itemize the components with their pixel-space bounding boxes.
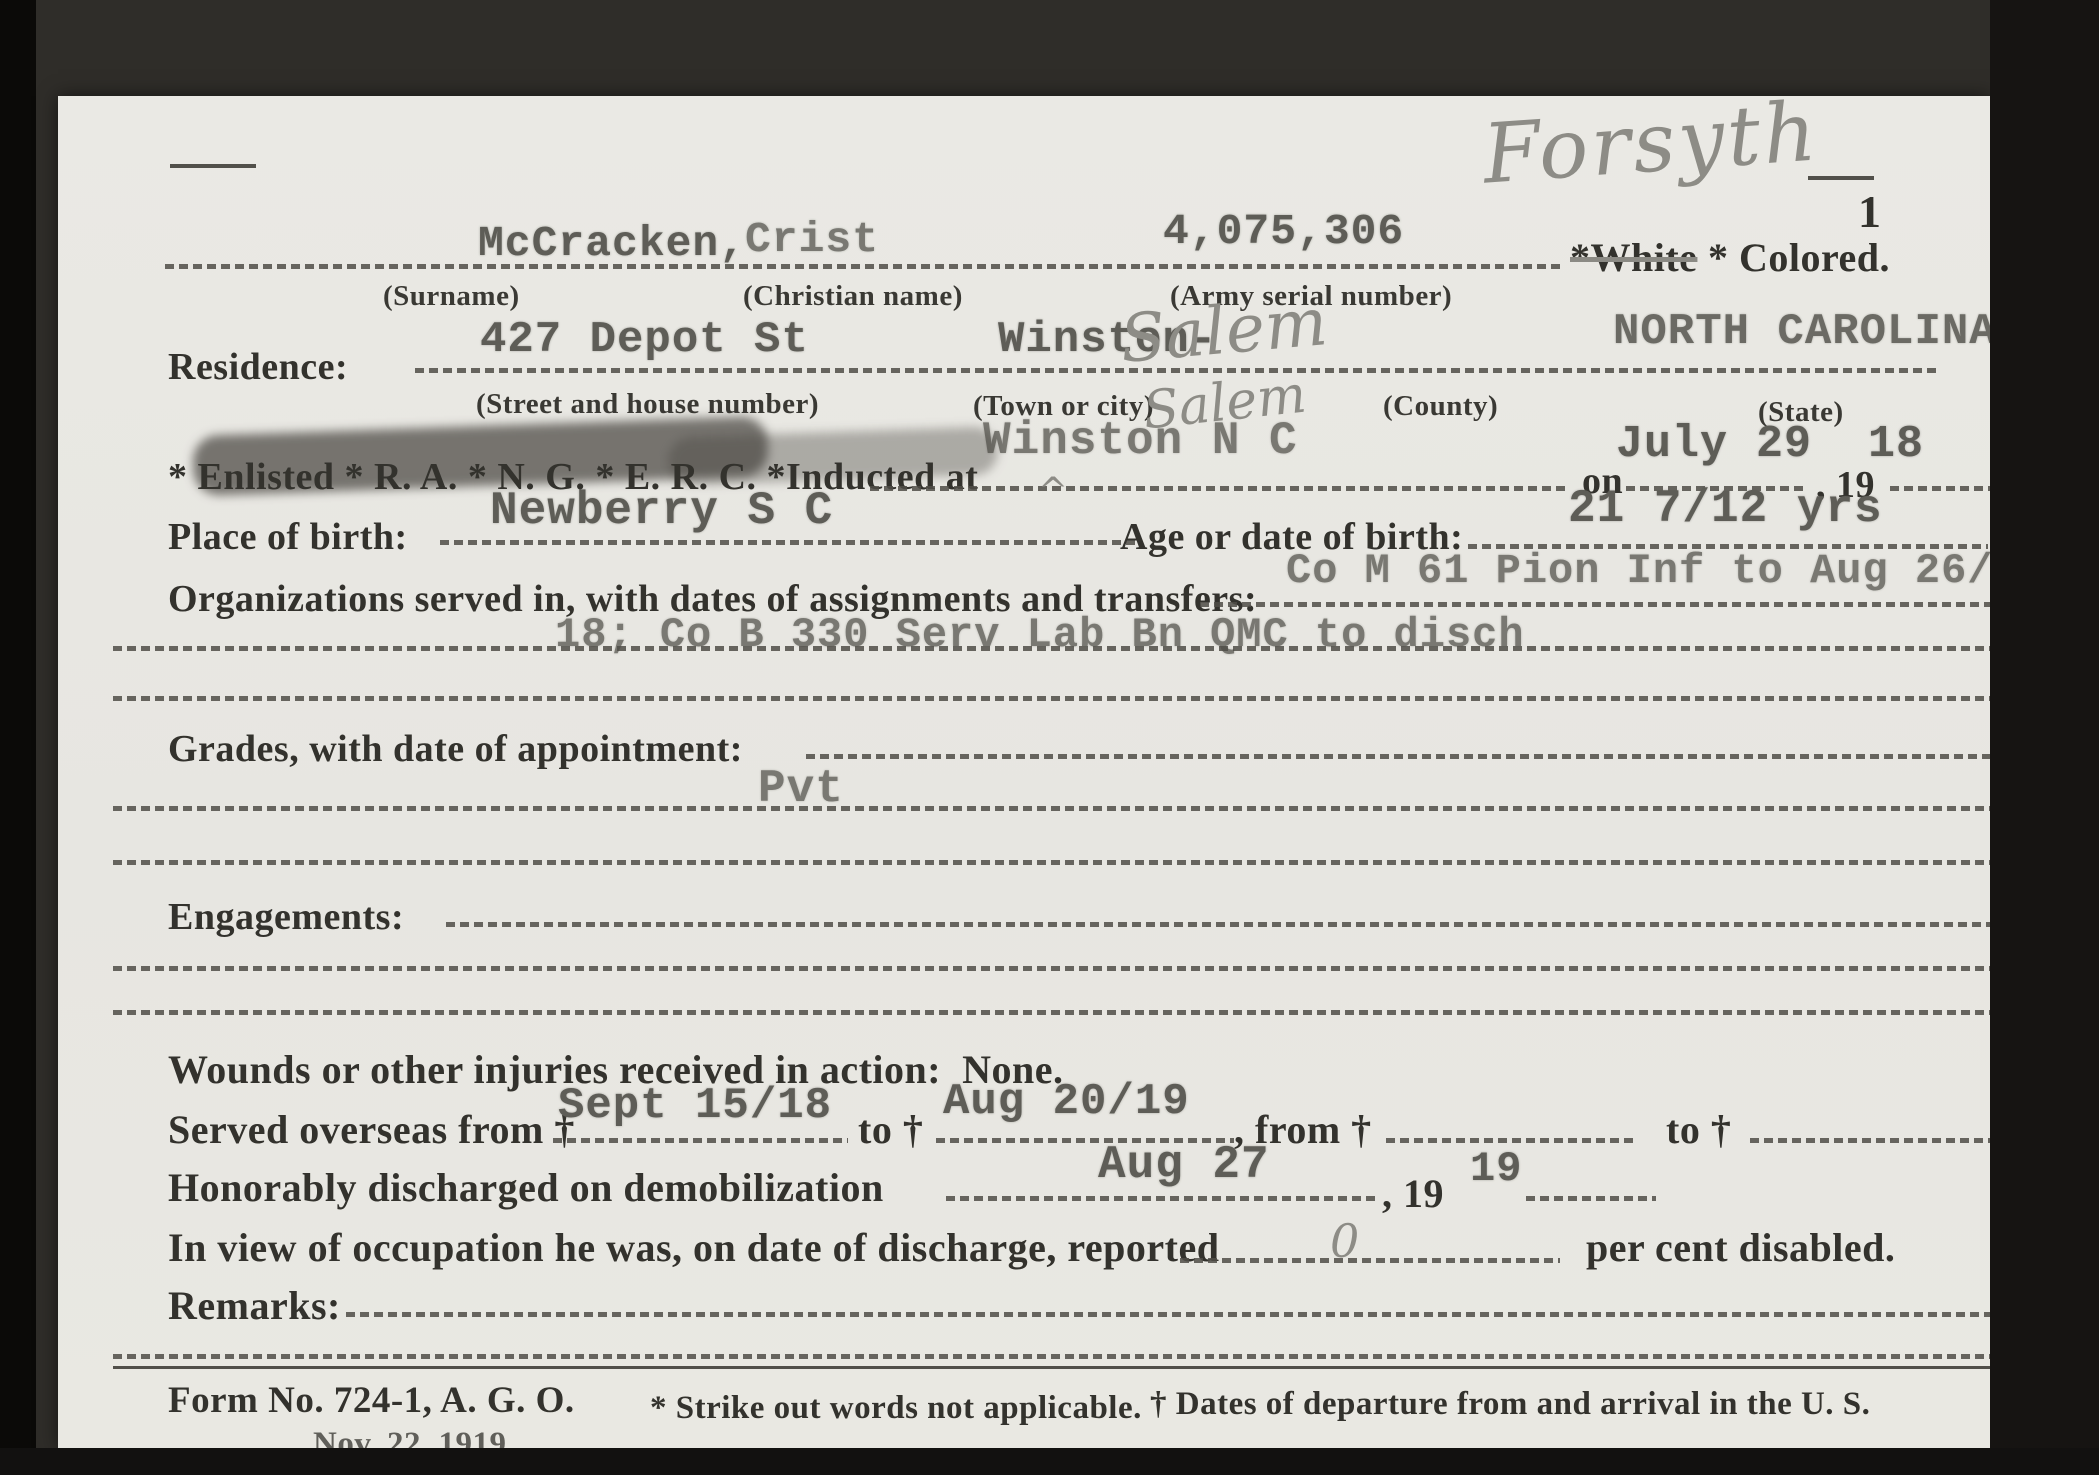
dotted-line [113,966,1990,971]
state-value: NORTH CAROLINA [1613,308,1990,357]
dotted-line [113,806,1990,811]
colored-label: * Colored. [1697,235,1890,280]
disability-percent-handwritten: 0 [1330,1216,1359,1268]
dotted-line [1890,486,1990,491]
age-value: 21 7/12 yrs [1568,484,1883,536]
scan-right-black-edge [1990,0,2099,1475]
county-caption: (County) [1383,390,1498,422]
surname-caption: (Surname) [383,280,520,312]
place-of-birth-label: Place of birth: [168,516,408,559]
footer-separator-rule [113,1366,1990,1369]
christian-name-value: Crist [745,216,879,264]
dotted-line [446,922,1990,927]
overseas-to1-value: Aug 20/19 [943,1078,1190,1127]
dotted-line [946,1196,1378,1201]
dotted-line [806,754,1990,759]
insertion-caret-mark: ^ [1038,472,1068,512]
dagger-note: † Dates of departure from and arrival in… [1150,1386,1870,1423]
army-serial-number-value: 4,075,306 [1163,208,1404,256]
discharge-year-value: 19 [1470,1146,1522,1193]
dotted-line [1526,1196,1656,1201]
engagements-label: Engagements: [168,896,404,939]
overseas-to-label1: to † [858,1108,923,1153]
dotted-line [113,696,1990,701]
dotted-line [553,1138,848,1143]
service-record-card: Forsyth 1 McCracken, Crist 4,075,306 *Wh… [58,96,1990,1448]
top-left-dash [170,164,256,168]
disability-suffix: per cent disabled. [1586,1226,1895,1271]
discharge-label: Honorably discharged on demobilization [168,1166,884,1211]
form-number: Form No. 724-1, A. G. O. [168,1380,575,1421]
town-handwritten-value: Salem [1117,285,1330,377]
surname-value: McCracken, [478,220,746,268]
discharge-date-value: Aug 27 [1098,1140,1270,1192]
dotted-line [440,540,1140,545]
top-right-dash [1808,176,1874,180]
scan-bottom-black-edge [0,1448,2099,1475]
form-revision-date-clipped: Nov. 22, 1919 [313,1426,507,1448]
strike-note: * Strike out words not applicable. [650,1390,1142,1427]
dotted-line [1386,1138,1636,1143]
organizations-line1-value: Co M 61 Pion Inf to Aug 26/ [1286,548,1990,595]
discharge-year-label: , 19 [1382,1172,1444,1217]
organizations-line2-value: 18; Co B 330 Serv Lab Bn QMC to disch [555,612,1525,659]
street-value: 427 Depot St [480,316,809,365]
dotted-line [1180,1258,1560,1263]
place-of-birth-value: Newberry S C [490,486,833,538]
residence-label: Residence: [168,346,348,389]
county-handwritten-note: Forsyth [1480,96,1822,201]
dotted-line [870,486,1570,491]
race-selector: *White * Colored. [1570,236,1890,281]
induction-date-typed: July 29 18 [1616,420,1924,470]
dotted-line [113,1010,1990,1015]
white-label-struck: *White [1570,235,1697,280]
page-number: 1 [1858,186,1882,238]
overseas-from1-value: Sept 15/18 [558,1082,832,1131]
grades-label: Grades, with date of appointment: [168,728,743,771]
induction-place-typed: Winston N C [983,416,1298,468]
dotted-line [113,646,1990,651]
dotted-line [113,1354,1990,1359]
overseas-to-label2: to † [1666,1108,1731,1153]
remarks-label: Remarks: [168,1284,341,1329]
overseas-label: Served overseas from † [168,1108,575,1153]
dotted-line [165,264,1565,269]
dotted-line [113,860,1990,865]
dotted-line [415,368,1940,373]
dotted-line [1200,602,1990,607]
dotted-line [346,1312,1990,1317]
christian-name-caption: (Christian name) [743,280,963,312]
scan-left-black-edge [0,0,36,1475]
street-caption: (Street and house number) [476,388,819,420]
disability-label: In view of occupation he was, on date of… [168,1226,1219,1271]
dotted-line [1750,1138,1990,1143]
